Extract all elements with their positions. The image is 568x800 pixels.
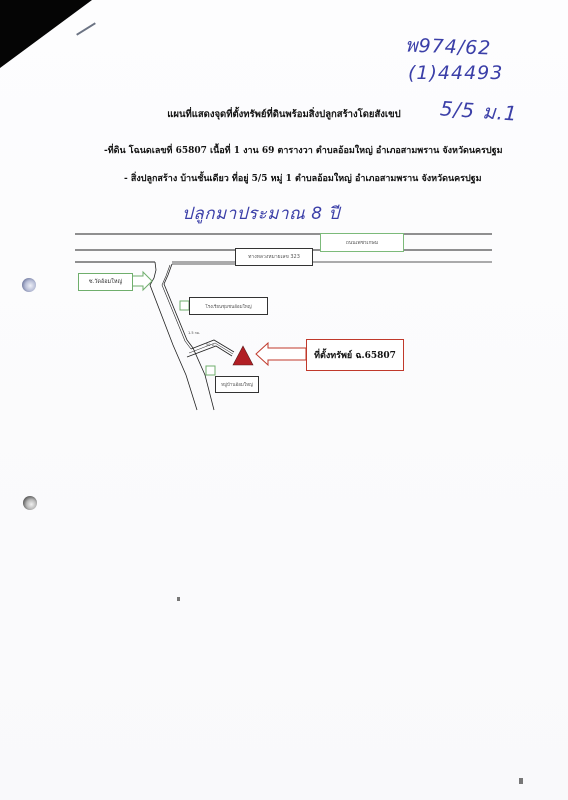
landmark-village: หมู่บ้านอ้อมใหญ่ — [215, 376, 259, 393]
road-label-phetkasem: ถนนเพชรเกษม — [320, 233, 404, 252]
road-label-highway: ทางหลวงหมายเลข 323 — [235, 248, 313, 266]
scan-speck — [177, 597, 180, 601]
scanned-page: พ974/62 (1)44493 5/5 ม.1 แผนที่แสดงจุดที… — [0, 0, 568, 800]
road-label-soi: ซ.วัดอ้อมใหญ่ — [78, 273, 133, 291]
distance-label-2: 50 ม. — [206, 342, 215, 348]
punch-hole-top — [22, 278, 36, 292]
location-map — [0, 0, 568, 800]
landmark-school: โรงเรียนชุมชนอ้อมใหญ่ — [189, 297, 268, 315]
distance-label-1: 1.5 กม. — [188, 330, 200, 336]
scan-speck-corner — [519, 778, 523, 784]
punch-hole-bottom — [23, 496, 37, 510]
property-label: ที่ตั้งทรัพย์ ฉ.65807 — [306, 339, 404, 371]
property-marker-icon — [233, 346, 253, 365]
